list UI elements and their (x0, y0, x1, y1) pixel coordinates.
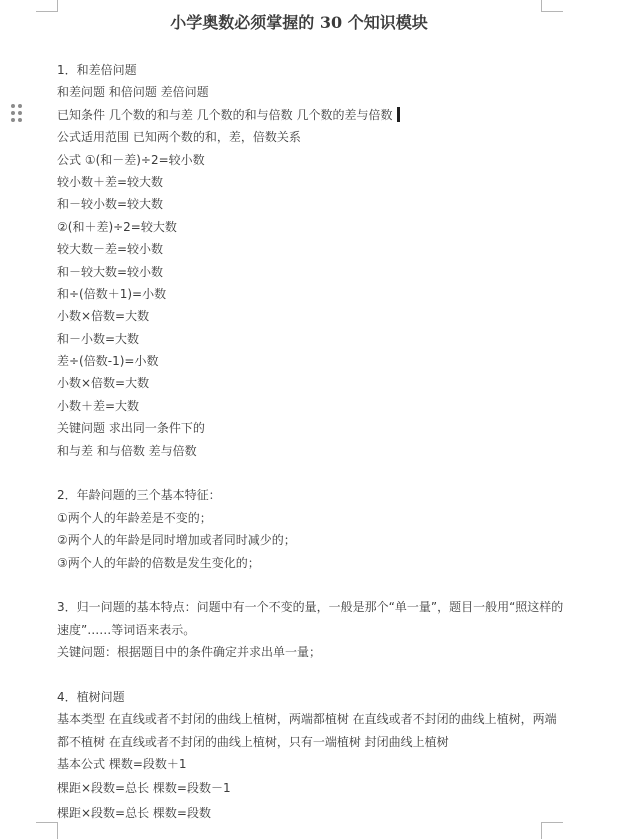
text-line: 关键问题：根据题目中的条件确定并求出单一量； (57, 641, 541, 663)
text-line: ③两个人的年龄的倍数是发生变化的； (57, 552, 541, 574)
document-content: 小学奥数必须掌握的 30 个知识模块 1．和差倍问题和差问题 和倍问题 差倍问题… (57, 0, 541, 826)
text-line: 和差问题 和倍问题 差倍问题 (57, 81, 541, 103)
text-line: 差÷(倍数-1)=小数 (57, 350, 541, 372)
blank-line (57, 664, 541, 686)
page-title: 小学奥数必须掌握的 30 个知识模块 (57, 12, 541, 34)
text-line: 2．年龄问题的三个基本特征： (57, 484, 541, 506)
text-line: 较大数－差=较小数 (57, 238, 541, 260)
text-line: 和－小数=大数 (57, 328, 541, 350)
text-line: 公式 ①(和－差)÷2=较小数 (57, 149, 541, 171)
text-line: 都不植树 在直线或者不封闭的曲线上植树，只有一端植树 封闭曲线上植树 (57, 731, 541, 753)
blank-line (57, 574, 541, 596)
text-line: 已知条件 几个数的和与差 几个数的和与倍数 几个数的差与倍数 (57, 104, 541, 126)
text-line: 和－较小数=较大数 (57, 193, 541, 215)
text-line: 小数＋差=大数 (57, 395, 541, 417)
text-boundary-mark-top-right (541, 0, 563, 12)
text-line: 基本公式 棵数=段数＋1 (57, 753, 541, 775)
text-line: 棵距×段数=总长 棵数=段数 (57, 801, 541, 826)
document-body[interactable]: 1．和差倍问题和差问题 和倍问题 差倍问题已知条件 几个数的和与差 几个数的和与… (57, 59, 541, 826)
text-line: 速度”……等词语来表示。 (57, 619, 541, 641)
text-line: 较小数＋差=较大数 (57, 171, 541, 193)
text-line: 1．和差倍问题 (57, 59, 541, 81)
text-boundary-mark-bottom-left (36, 822, 58, 839)
text-line: 和÷(倍数＋1)=小数 (57, 283, 541, 305)
text-line: ①两个人的年龄差是不变的； (57, 507, 541, 529)
blank-line (57, 462, 541, 484)
text-boundary-mark-top-left (36, 0, 58, 12)
text-cursor (397, 107, 400, 122)
text-line: 关键问题 求出同一条件下的 (57, 417, 541, 439)
paragraph-drag-handle-icon[interactable] (11, 104, 22, 122)
text-line: 小数×倍数=大数 (57, 305, 541, 327)
text-line: 棵距×段数=总长 棵数=段数－1 (57, 776, 541, 801)
text-line: ②(和＋差)÷2=较大数 (57, 216, 541, 238)
text-line: 基本类型 在直线或者不封闭的曲线上植树，两端都植树 在直线或者不封闭的曲线上植树… (57, 708, 541, 730)
text-line: 公式适用范围 已知两个数的和，差，倍数关系 (57, 126, 541, 148)
text-line: 4．植树问题 (57, 686, 541, 708)
text-line: 和与差 和与倍数 差与倍数 (57, 440, 541, 462)
text-line: 3．归一问题的基本特点：问题中有一个不变的量，一般是那个“单一量”，题目一般用“… (57, 596, 541, 618)
text-line: 小数×倍数=大数 (57, 372, 541, 394)
text-line: ②两个人的年龄是同时增加或者同时减少的； (57, 529, 541, 551)
document-page: 小学奥数必须掌握的 30 个知识模块 1．和差倍问题和差问题 和倍问题 差倍问题… (0, 0, 619, 839)
text-line: 和－较大数=较小数 (57, 261, 541, 283)
text-boundary-mark-bottom-right (541, 822, 563, 839)
